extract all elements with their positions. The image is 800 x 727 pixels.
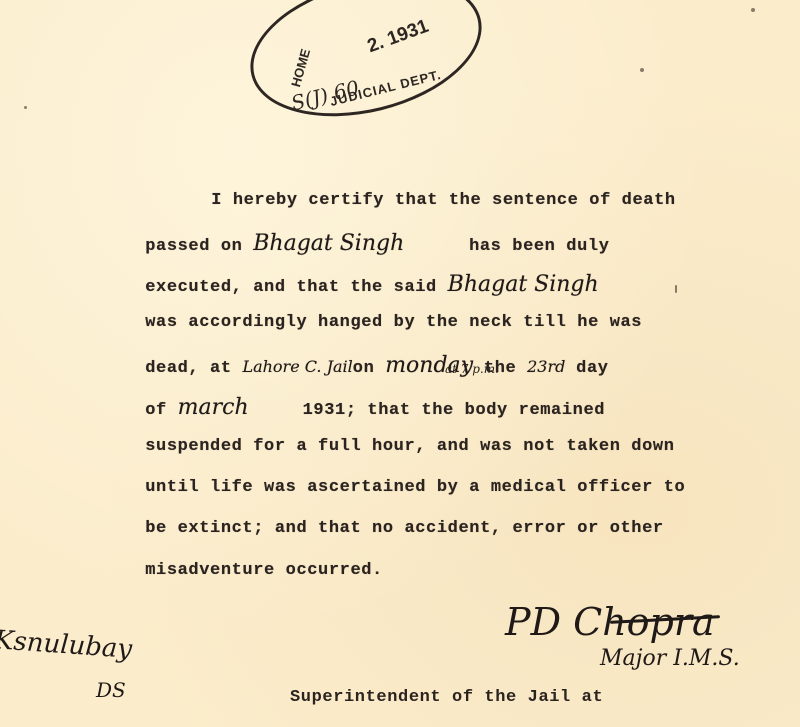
handwritten-month: march [178, 395, 249, 420]
typed-text: until life was ascertained by a medical … [145, 478, 685, 497]
signature-caption: Superintendent of the Jail at [290, 688, 603, 707]
department-stamp: HOME 2. 1931 S(J) 60 JUDICIAL DEPT. [236, 0, 496, 139]
typed-text: suspended for a full hour, and was not t… [145, 437, 674, 456]
stamp-oval-border [236, 0, 496, 139]
handwritten-place: Lahore C. Jail [242, 357, 352, 376]
typed-text: be extinct; and that no accident, error … [145, 519, 663, 538]
left-signature-initials: DS [96, 678, 126, 702]
paper-speck [675, 285, 677, 293]
left-signature: Ksnulubay [0, 625, 133, 665]
typed-text: was accordingly hanged by the neck till … [145, 313, 642, 332]
document-paper: HOME 2. 1931 S(J) 60 JUDICIAL DEPT. I he… [0, 0, 800, 727]
paper-speck [640, 68, 644, 72]
handwritten-day: 23rd [527, 357, 565, 376]
handwritten-time-annotation: at 7 p.m. [445, 362, 499, 376]
typed-text: misadventure occurred. [145, 561, 383, 580]
body-line-10: misadventure occurred. [102, 542, 383, 599]
superintendent-rank: Major I.M.S. [600, 646, 740, 671]
paper-speck [751, 8, 755, 12]
paper-speck [24, 106, 27, 109]
typed-text: I hereby certify that the sentence of de… [211, 191, 675, 210]
